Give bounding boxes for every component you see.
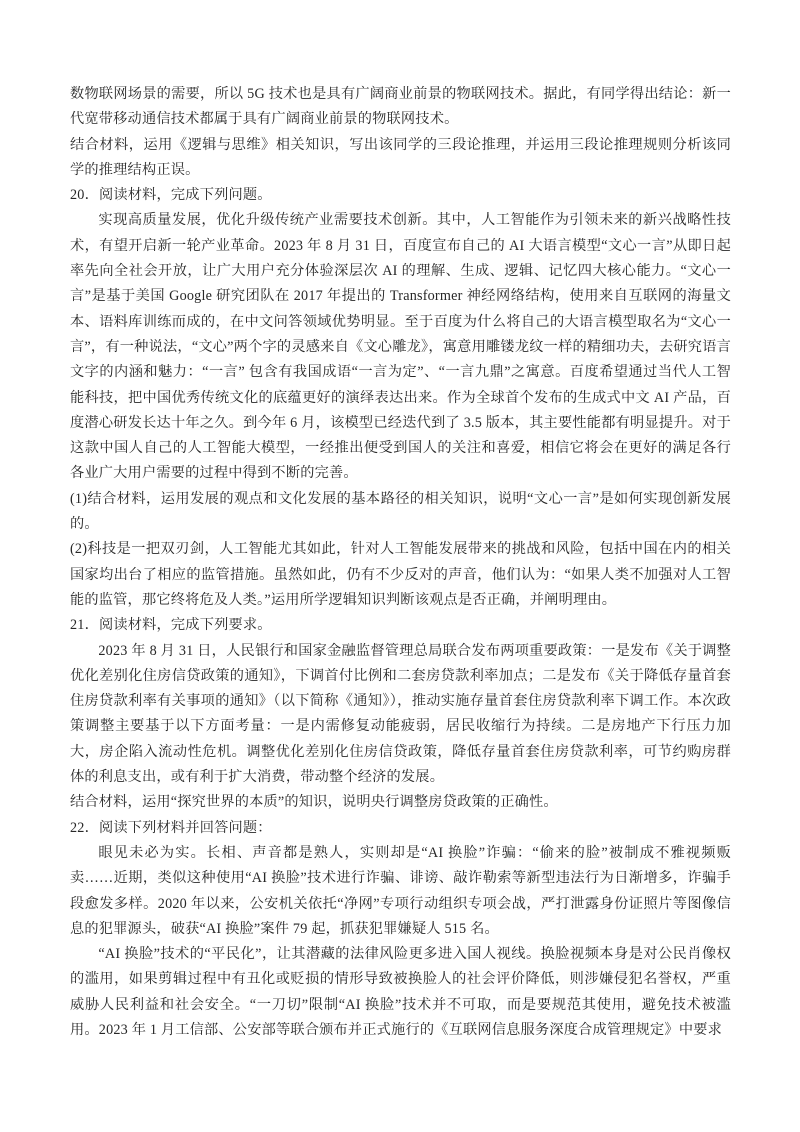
q21-task: 结合材料，运用“探究世界的本质”的知识，说明央行调整房贷政策的正确性。 [70, 790, 731, 815]
q19-material-continuation: 数物联网场景的需要，所以 5G 技术也是具有广阔商业前景的物联网技术。据此，有同… [70, 82, 731, 133]
q20-sub-question-2: (2)科技是一把双刃剑，人工智能尤其如此，针对人工智能发展带来的挑战和风险，包括… [70, 537, 731, 613]
q22-material-2: “AI 换脸”技术的“平民化”，让其潜藏的法律风险更多进入国人视线。换脸视频本身… [70, 942, 731, 1043]
q22-header: 22．阅读下列材料并回答问题： [70, 816, 731, 841]
document-text-body: 数物联网场景的需要，所以 5G 技术也是具有广阔商业前景的物联网技术。据此，有同… [70, 82, 731, 1043]
exam-paper-page: 数物联网场景的需要，所以 5G 技术也是具有广阔商业前景的物联网技术。据此，有同… [0, 0, 800, 1132]
q20-sub-question-1: (1)结合材料，运用发展的观点和文化发展的基本路径的相关知识，说明“文心一言”是… [70, 487, 731, 538]
q19-task: 结合材料，运用《逻辑与思维》相关知识，写出该同学的三段论推理，并运用三段论推理规… [70, 133, 731, 184]
q21-material: 2023 年 8 月 31 日，人民银行和国家金融监督管理总局联合发布两项重要政… [70, 639, 731, 791]
q21-header: 21．阅读材料，完成下列要求。 [70, 613, 731, 638]
q22-material-1: 眼见未必为实。长相、声音都是熟人，实则却是“AI 换脸”诈骗：“偷来的脸”被制成… [70, 841, 731, 942]
q20-material: 实现高质量发展，优化升级传统产业需要技术创新。其中，人工智能作为引领未来的新兴战… [70, 208, 731, 486]
q20-header: 20．阅读材料，完成下列问题。 [70, 183, 731, 208]
